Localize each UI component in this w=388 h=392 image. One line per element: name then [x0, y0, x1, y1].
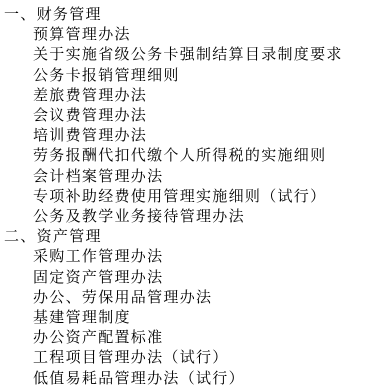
section-assets-number: 二、: [4, 229, 37, 245]
section-finance-title: 财务管理: [37, 7, 102, 23]
list-item-office-asset-allocation: 办公资产配置标准: [4, 328, 388, 348]
regulations-document: 一、财务管理 预算管理办法 关于实施省级公务卡强制结算目录制度要求 公务卡报销管…: [0, 0, 388, 392]
list-item-labor-tax-withholding: 劳务报酬代扣代缴个人所得税的实施细则: [4, 146, 388, 166]
section-finance-header: 一、财务管理: [4, 5, 388, 25]
list-item-office-labor-supplies: 办公、劳保用品管理办法: [4, 288, 388, 308]
list-item-official-reception: 公务及教学业务接待管理办法: [4, 207, 388, 227]
list-item-special-subsidy-funds: 专项补助经费使用管理实施细则（试行）: [4, 187, 388, 207]
section-assets-header: 二、资产管理: [4, 227, 388, 247]
list-item-engineering-projects: 工程项目管理办法（试行）: [4, 348, 388, 368]
list-item-training-expense: 培训费管理办法: [4, 126, 388, 146]
list-item-official-card-reimbursement: 公务卡报销管理细则: [4, 66, 388, 86]
list-item-travel-expense: 差旅费管理办法: [4, 86, 388, 106]
section-assets-title: 资产管理: [37, 229, 102, 245]
list-item-budget-management: 预算管理办法: [4, 25, 388, 45]
list-item-procurement: 采购工作管理办法: [4, 247, 388, 267]
list-item-fixed-assets: 固定资产管理办法: [4, 268, 388, 288]
list-item-capital-construction: 基建管理制度: [4, 308, 388, 328]
list-item-official-card-settlement: 关于实施省级公务卡强制结算目录制度要求: [4, 45, 388, 65]
list-item-accounting-archives: 会计档案管理办法: [4, 167, 388, 187]
section-finance-number: 一、: [4, 7, 37, 23]
list-item-low-value-consumables: 低值易耗品管理办法（试行）: [4, 369, 388, 389]
list-item-meeting-expense: 会议费管理办法: [4, 106, 388, 126]
